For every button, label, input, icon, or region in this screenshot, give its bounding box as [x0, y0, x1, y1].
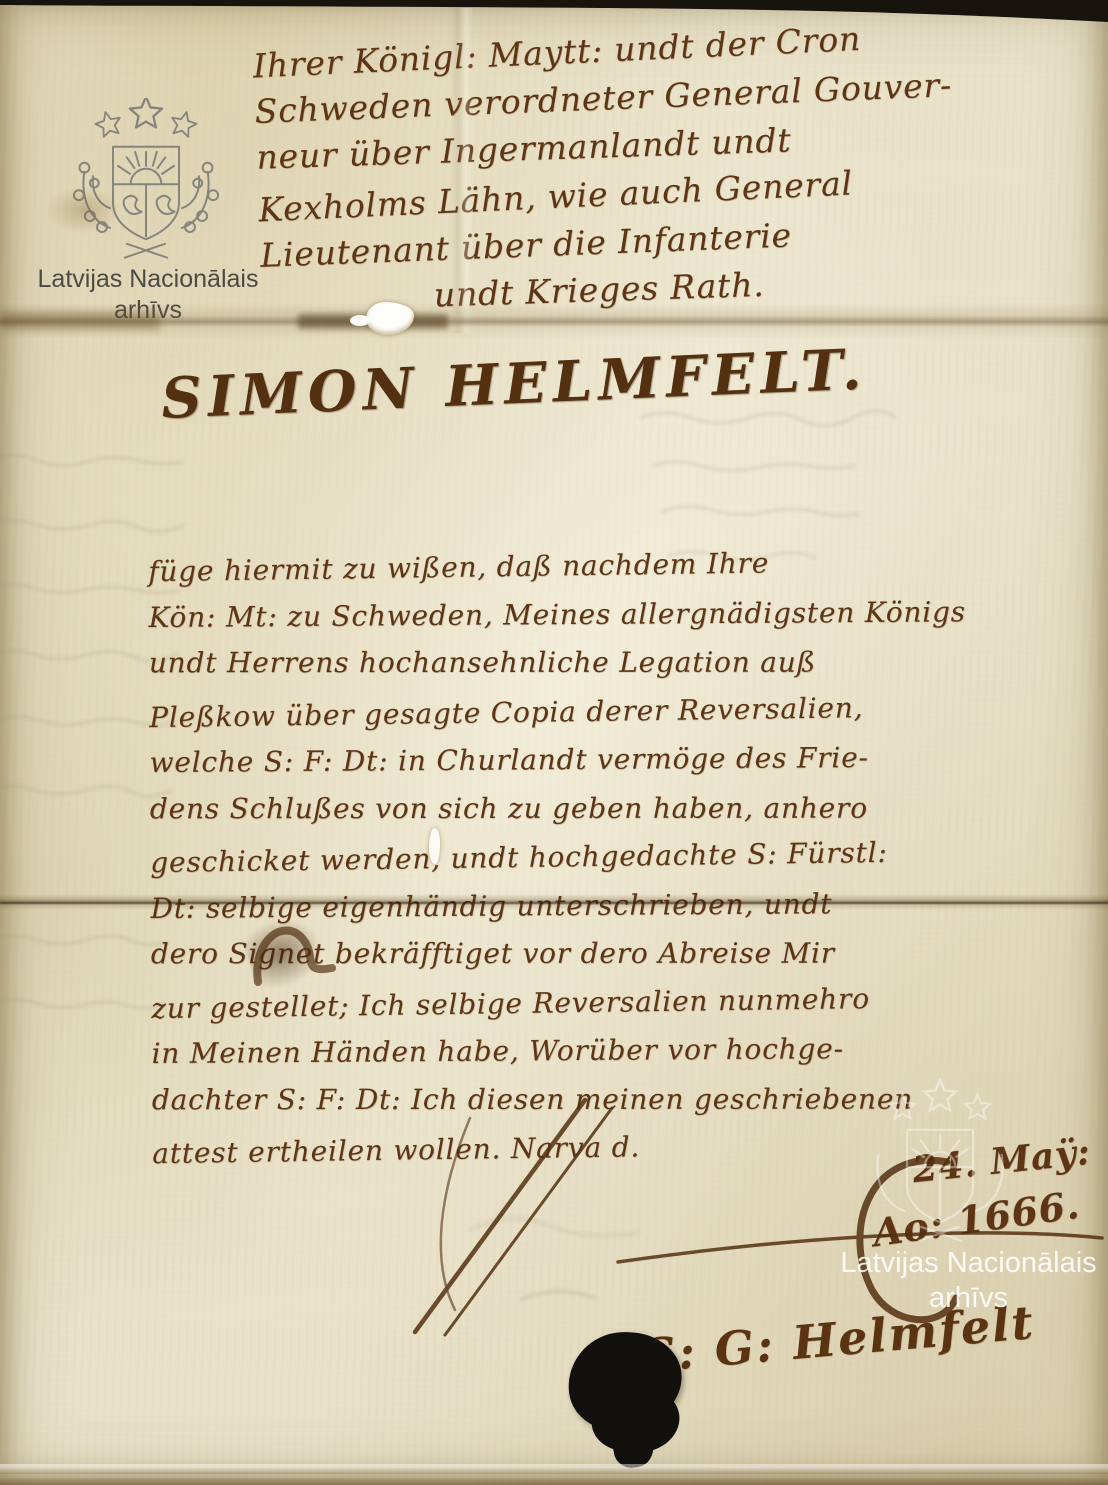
bottom-paper-edge: [0, 1478, 1108, 1485]
tear-hole-small: [429, 828, 440, 864]
paper-stain: [46, 186, 120, 234]
vertical-fold-crease: [450, 8, 474, 333]
watermark-line2: arhīvs: [816, 1281, 1108, 1316]
watermark-coat-of-arms-icon: [852, 1072, 1028, 1258]
scanned-letter-page: { "archive_stamp": { "logo_icon": "latvi…: [0, 0, 1108, 1485]
upper-fold-crease: [0, 303, 1108, 339]
crease-stain: [0, 312, 160, 330]
watermark-line1: Latvijas Nacionālais: [816, 1246, 1108, 1281]
top-paper-edge: [0, 0, 1108, 26]
middle-fold-line: [0, 902, 1108, 904]
watermark-text: Latvijas Nacionālais arhīvs: [816, 1246, 1108, 1316]
lower-fold-crease: [0, 1464, 1108, 1474]
